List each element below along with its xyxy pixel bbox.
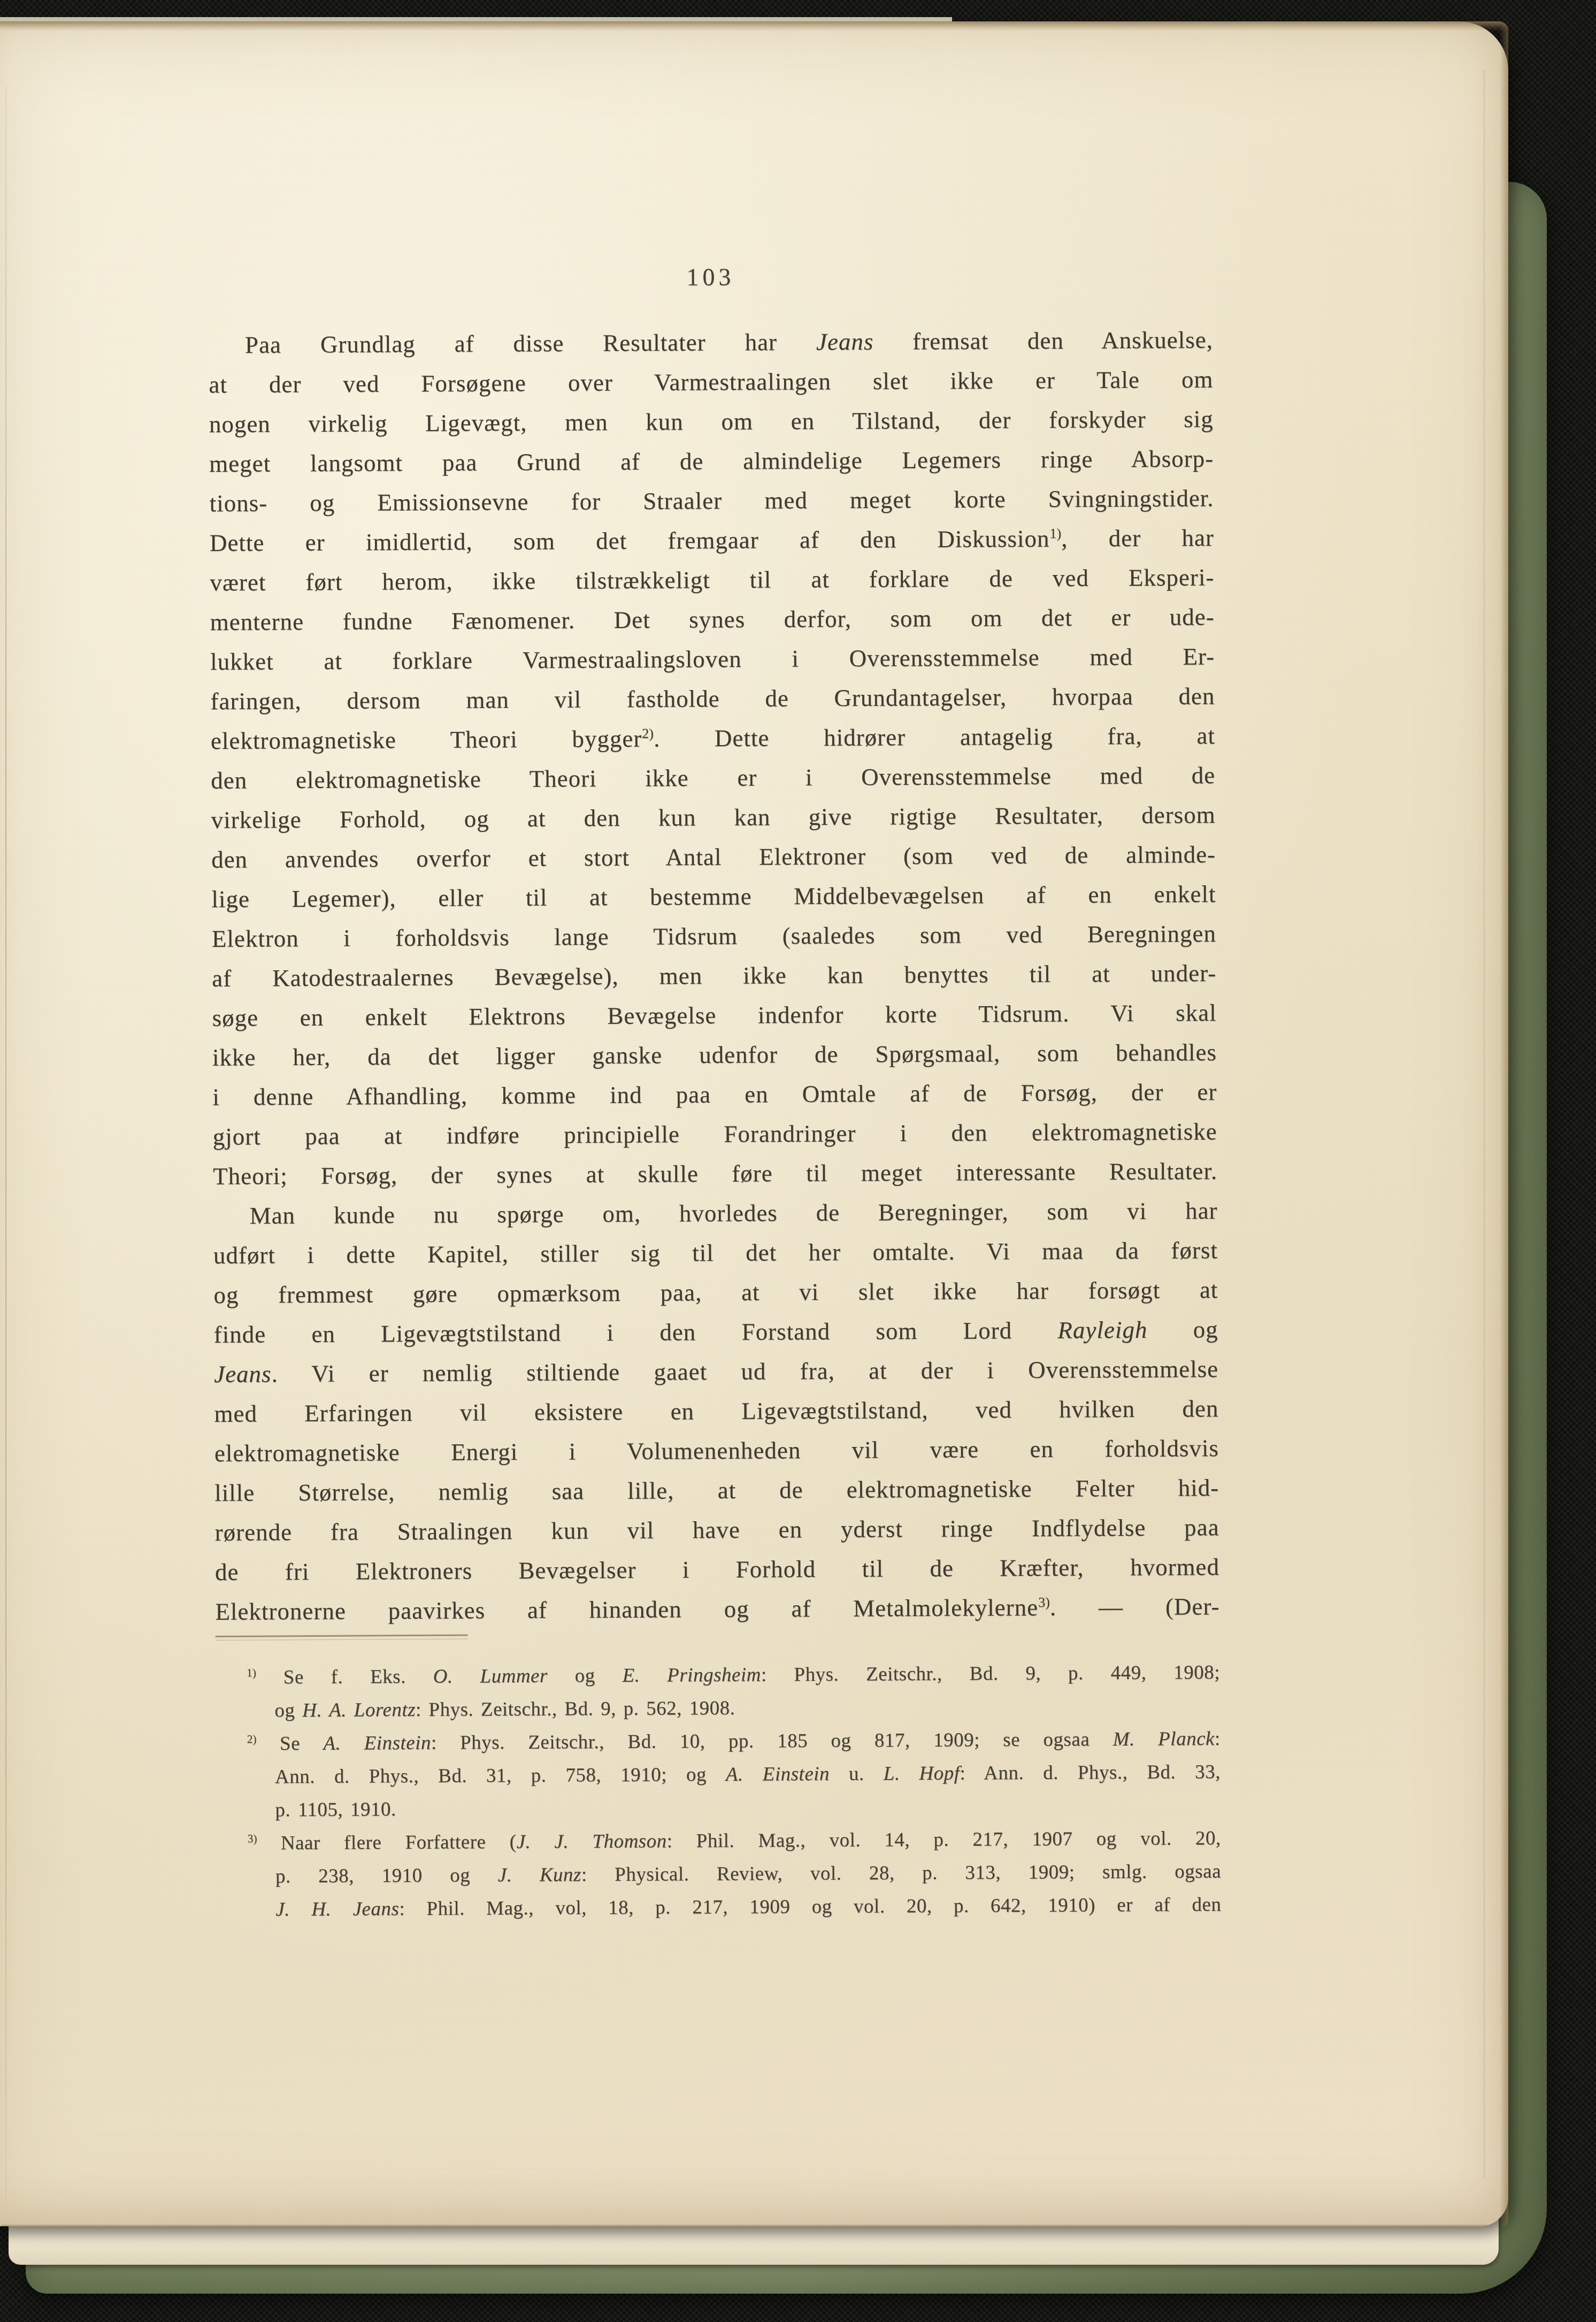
footnote: 3) Naar flere Forfattere (J. J. Thomson:…: [217, 1822, 1222, 1927]
body-line: den elektromagnetiske Theori ikke er i O…: [211, 755, 1215, 800]
book-page: 103 Paa Grundlag af disse Resultater har…: [0, 21, 1508, 2226]
body-line: Theori; Forsøg, der synes at skulle føre…: [213, 1151, 1217, 1196]
body-line: været ført herom, ikke tilstrækkeligt ti…: [210, 557, 1214, 602]
scanned-book-photo: 103 Paa Grundlag af disse Resultater har…: [0, 0, 1596, 2322]
body-line: faringen, dersom man vil fastholde de Gr…: [210, 676, 1215, 721]
body-line: Jeans. Vi er nemlig stiltiende gaaet ud …: [214, 1349, 1218, 1394]
body-line: søge en enkelt Elektrons Bevægelse inden…: [212, 993, 1216, 1038]
body-line: ikke her, da det ligger ganske udenfor d…: [212, 1032, 1217, 1077]
body-line: med Erfaringen vil eksistere en Ligevægt…: [214, 1389, 1218, 1434]
body-line: tions- og Emissionsevne for Straaler med…: [209, 478, 1214, 523]
body-line: af Katodestraalernes Bevægelse), men ikk…: [212, 953, 1216, 998]
footnote-line: J. H. Jeans: Phil. Mag., vol, 18, p. 217…: [217, 1888, 1221, 1927]
body-line: meget langsomt paa Grund af de almindeli…: [209, 439, 1214, 484]
footnote-line: 2) Se A. Einstein: Phys. Zeitschr., Bd. …: [216, 1722, 1221, 1761]
footnote: 2) Se A. Einstein: Phys. Zeitschr., Bd. …: [216, 1722, 1221, 1827]
body-line: Elektronerne paavirkes af hinanden og af…: [215, 1587, 1219, 1631]
footnote-line: 1) Se f. Eks. O. Lummer og E. Pringsheim…: [216, 1656, 1220, 1695]
body-line: lige Legemer), eller til at bestemme Mid…: [211, 874, 1216, 919]
footnote-line: Ann. d. Phys., Bd. 31, p. 758, 1910; og …: [216, 1756, 1221, 1794]
body-line: lukket at forklare Varmestraalingsloven …: [210, 637, 1215, 681]
footnote-line: og H. A. Lorentz: Phys. Zeitschr., Bd. 9…: [216, 1689, 1220, 1728]
footnote-line: 3) Naar flere Forfattere (J. J. Thomson:…: [217, 1822, 1221, 1860]
footnotes: 1) Se f. Eks. O. Lummer og E. Pringsheim…: [216, 1656, 1222, 1927]
body-line: elektromagnetiske Energi i Volumenenhede…: [214, 1428, 1219, 1473]
footnote: 1) Se f. Eks. O. Lummer og E. Pringsheim…: [216, 1656, 1221, 1728]
body-line: og fremmest gøre opmærksom paa, at vi sl…: [213, 1270, 1218, 1315]
body-line: den anvendes overfor et stort Antal Elek…: [211, 834, 1216, 879]
body-line: Man kunde nu spørge om, hvorledes de Ber…: [213, 1191, 1217, 1236]
body-line: menterne fundne Fænomener. Det synes der…: [210, 597, 1215, 642]
body-line: gjort paa at indføre principielle Forand…: [213, 1112, 1217, 1156]
body-line: at der ved Forsøgene over Varmestraaling…: [209, 359, 1213, 404]
body-line: finde en Ligevægtstilstand i den Forstan…: [214, 1309, 1218, 1354]
body-line: lille Størrelse, nemlig saa lille, at de…: [214, 1468, 1219, 1513]
body-line: de fri Elektroners Bevægelser i Forhold …: [215, 1547, 1219, 1592]
body-line: nogen virkelig Ligevægt, men kun om en T…: [209, 399, 1214, 444]
body-line: udført i dette Kapitel, stiller sig til …: [213, 1230, 1218, 1275]
body-line: elektromagnetiske Theori bygger2). Dette…: [211, 716, 1215, 761]
page-number: 103: [208, 260, 1213, 294]
body-line: i denne Afhandling, komme ind paa en Omt…: [212, 1072, 1217, 1117]
body-line: Dette er imidlertid, som det fremgaar af…: [210, 518, 1214, 563]
body-line: rørende fra Straalingen kun vil have en …: [214, 1507, 1219, 1552]
body-line: virkelige Forhold, og at den kun kan giv…: [211, 795, 1215, 840]
footnote-separator-rule: [216, 1635, 468, 1641]
footnote-line: p. 238, 1910 og J. Kunz: Physical. Revie…: [217, 1855, 1221, 1894]
body-line: Elektron i forholdsvis lange Tidsrum (sa…: [212, 914, 1216, 959]
footnote-line: p. 1105, 1910.: [216, 1789, 1221, 1827]
body-line: Paa Grundlag af disse Resultater har Jea…: [209, 320, 1213, 365]
page-content: 103 Paa Grundlag af disse Resultater har…: [0, 14, 1518, 2227]
body-text: Paa Grundlag af disse Resultater har Jea…: [209, 320, 1220, 1631]
